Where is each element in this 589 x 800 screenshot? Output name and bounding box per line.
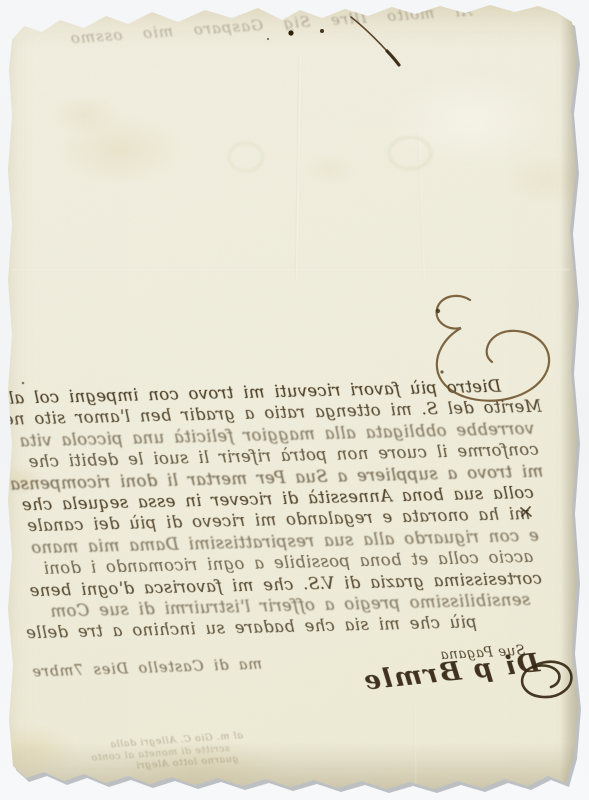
bleedthrough-place-date-line: ma di Castello Dies 7mbre — [12, 657, 262, 682]
watermark-emboss-ring — [228, 142, 264, 172]
vertical-fold-crease — [417, 130, 424, 280]
archive-stamp-note: al m. Gio C. Allegri dalla scritte di mo… — [15, 730, 245, 780]
ink-spot — [440, 370, 443, 373]
horizontal-fold-crease — [12, 268, 570, 271]
bleedthrough-address-line: Al molto Illre Sig Gasparo mio ossmo — [52, 1, 472, 48]
ink-spot — [22, 382, 25, 385]
manuscript-page: Al molto Illre Sig Gasparo mio ossmo Die… — [0, 0, 589, 800]
vertical-fold-crease — [295, 58, 302, 280]
bleedthrough-body-text: Dietro più favori ricevuti mi trovo con … — [21, 375, 547, 645]
document-scan: Al molto Illre Sig Gasparo mio ossmo Die… — [0, 0, 589, 800]
ink-spot — [267, 38, 269, 40]
vertical-fold-crease — [414, 700, 416, 785]
bleedthrough-signature: Di p Brmle — [389, 648, 541, 694]
ink-spot — [436, 309, 440, 313]
watermark-emboss-ring — [388, 136, 432, 170]
ink-slash-mark — [387, 51, 399, 65]
